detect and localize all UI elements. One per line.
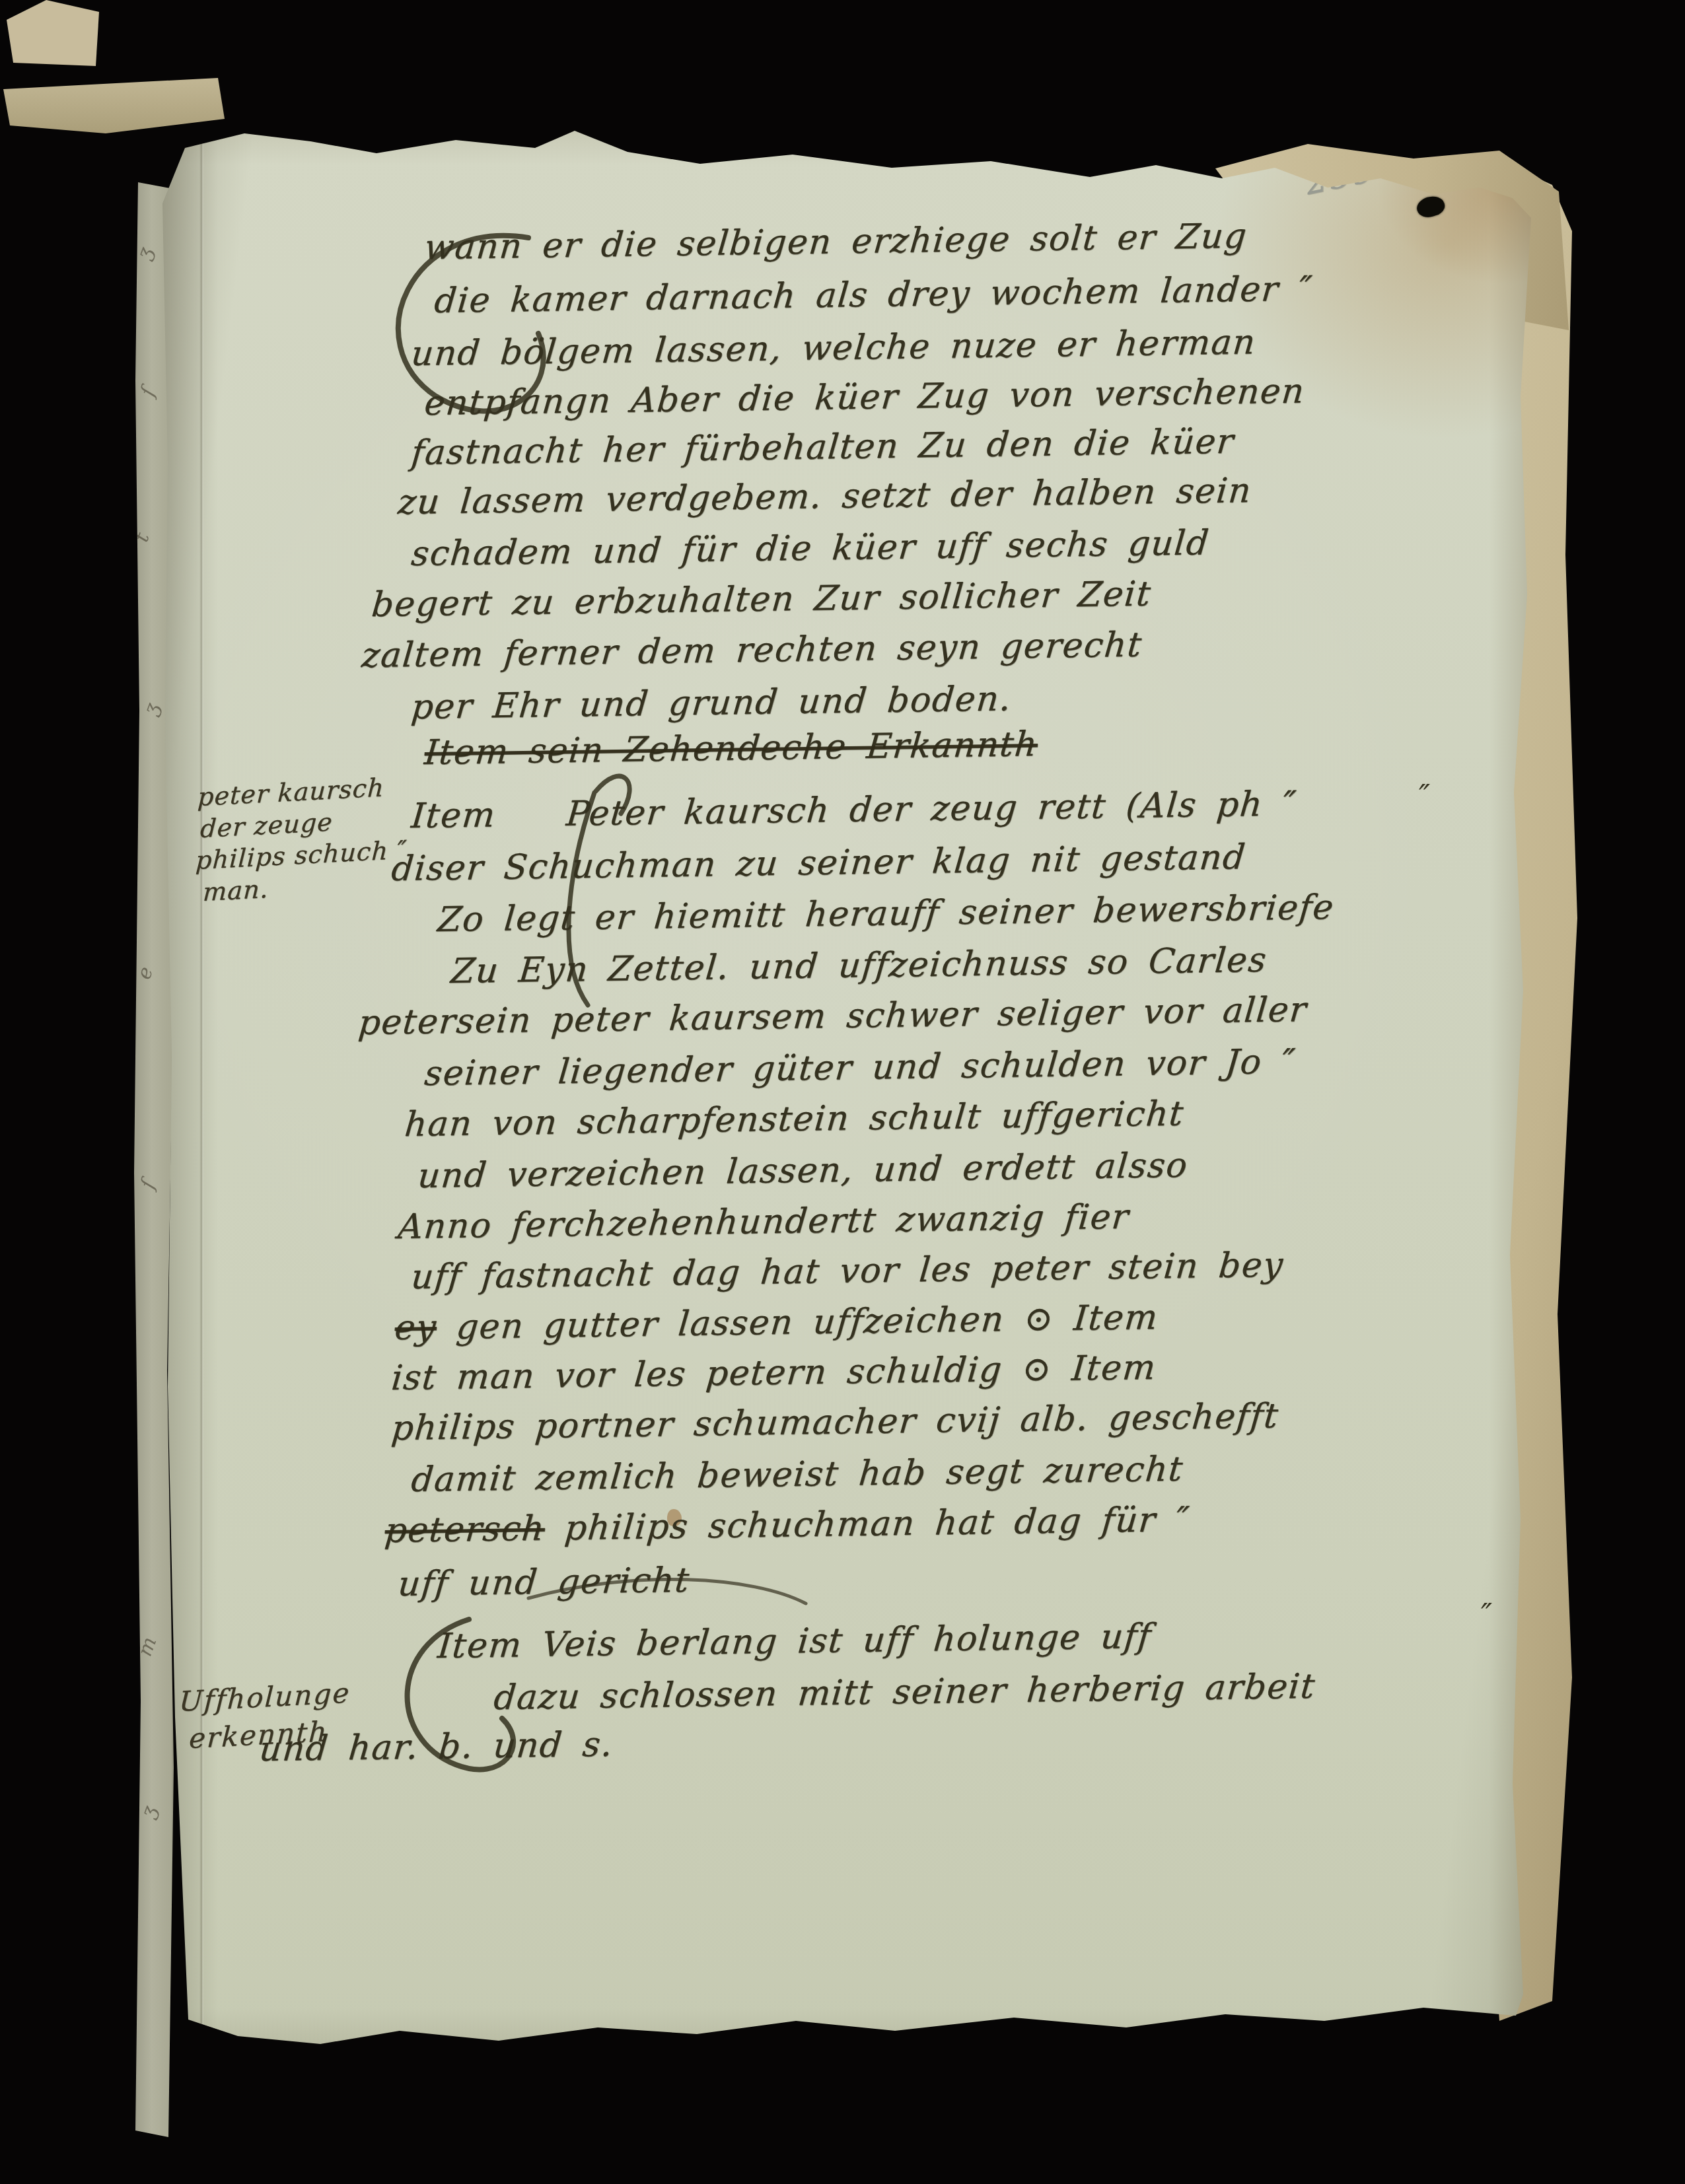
- show-through-mark: ʒ: [132, 244, 158, 263]
- text-line: han von scharpfenstein schult uffgericht: [403, 1094, 1186, 1145]
- text-line: und verzeichen lassen, und erdett alsso: [416, 1146, 1190, 1196]
- line-continuation-mark: ″: [1419, 778, 1430, 814]
- show-through-mark: ſ: [136, 384, 161, 399]
- text-line: wann er die selbigen erzhiege solt er Zu…: [423, 217, 1249, 267]
- text-line: Item Peter kaursch der zeug rett (Als ph…: [410, 784, 1299, 836]
- text-line: petersein peter kaursem schwer seliger v…: [357, 990, 1309, 1043]
- text-line: begert zu erbzuhalten Zur sollicher Zeit: [370, 575, 1153, 625]
- text-line: philips portner schumacher cvij alb. ges…: [390, 1396, 1281, 1448]
- text-line: Anno ferchzehenhundertt zwanzig fier: [396, 1197, 1131, 1247]
- line-continuation-mark: ″: [1481, 1597, 1492, 1633]
- show-through-mark: ſ: [136, 1177, 161, 1191]
- show-through-mark: e: [132, 964, 158, 983]
- show-through-mark: ʒ: [139, 700, 164, 719]
- photograph-of-manuscript: { "folio_number": "239", "colors": { "ba…: [0, 0, 1685, 2184]
- margin-note-witness: man.: [202, 874, 269, 907]
- text-line: die kamer darnach als drey wochem lander…: [433, 269, 1314, 321]
- show-through-mark: t: [130, 530, 155, 545]
- text-line: zu lassem verdgebem. setzt der halben se…: [396, 471, 1253, 522]
- margin-note-witness: peter kaursch: [197, 773, 385, 812]
- text-line: und bölgem lassen, welche nuze er herman: [410, 322, 1258, 374]
- text-line: uff fastnacht dag hat vor les peter stei…: [410, 1246, 1285, 1297]
- struck-word: petersch: [383, 1509, 547, 1551]
- margin-note-witness: der zeuge: [199, 808, 334, 843]
- text-line-partially-struck: ey gen gutter lassen uffzeichen ⊙ Item: [393, 1298, 1160, 1348]
- show-through-mark: m: [133, 1634, 162, 1660]
- text-line: philips schuchman hat dag für ″: [543, 1500, 1192, 1549]
- text-line: entpfangn Aber die küer Zug von verschen…: [423, 371, 1307, 423]
- margin-note-verdict: Uffholunge: [178, 1677, 351, 1718]
- text-line: Item Veis berlang ist uff holunge uff: [436, 1617, 1153, 1666]
- text-line-partially-struck: petersch philips schuchman hat dag für ″: [383, 1500, 1192, 1551]
- text-line: per Ehr und grund und boden.: [410, 679, 1013, 727]
- under-page-bottom-sliver: [0, 73, 228, 135]
- text-line: dazu schlossen mitt seiner herberig arbe…: [492, 1667, 1317, 1718]
- text-line: ist man vor les petern schuldig ⊙ Item: [390, 1348, 1158, 1398]
- text-line: Zu Eyn Zettel. und uffzeichnuss so Carle…: [449, 940, 1269, 991]
- under-page-top-fragment: [0, 0, 106, 73]
- handwritten-text-layer: wann er die selbigen erzhiege solt er Zu…: [159, 125, 1536, 2061]
- manuscript-page: 239 wann er die selbigen erzhiege solt e…: [159, 125, 1536, 2061]
- show-through-mark: ʒ: [136, 1803, 162, 1821]
- text-line: seiner liegender güter und schulden vor …: [423, 1042, 1297, 1094]
- struck-word: ey: [393, 1308, 439, 1348]
- text-line: diser Schuchman zu seiner klag nit gesta…: [390, 837, 1248, 889]
- text-line: schadem und für die küer uff sechs guld: [410, 523, 1211, 574]
- text-line: uff und gericht: [396, 1561, 692, 1604]
- struck-heading-line: Item sein Zehendeche Erkannth: [423, 724, 1040, 773]
- text-line: zaltem ferner dem rechten seyn gerecht: [360, 625, 1144, 676]
- text-line: damit zemlich beweist hab segt zurecht: [410, 1450, 1185, 1500]
- text-line: gen gutter lassen uffzeichen ⊙ Item: [435, 1298, 1160, 1347]
- text-line: fastnacht her fürbehalten Zu den die küe…: [410, 422, 1236, 473]
- text-line: Zo legt er hiemitt herauff seiner bewers…: [436, 888, 1336, 940]
